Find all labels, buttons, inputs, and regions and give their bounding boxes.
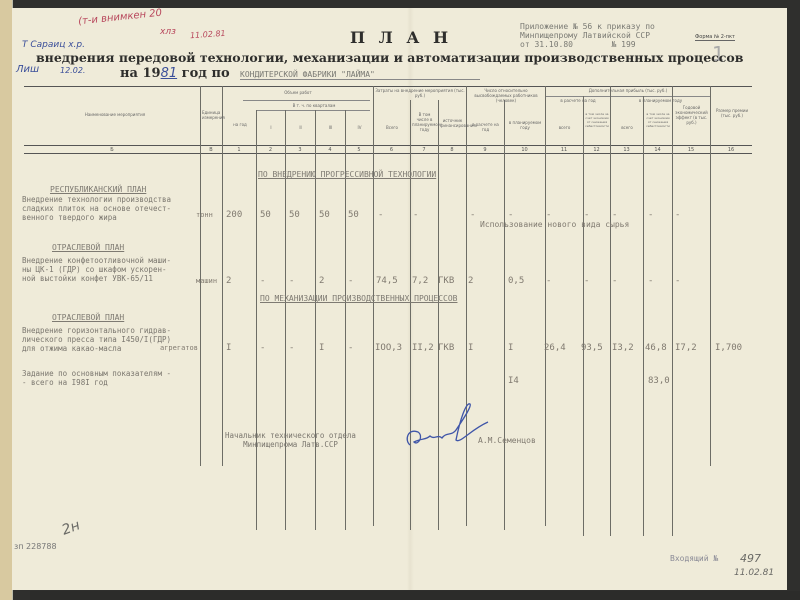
row2-c15: - xyxy=(675,276,680,286)
document-subtitle: внедрения передовой технологии, механиза… xyxy=(36,50,743,65)
col-num-13: 13 xyxy=(610,147,643,153)
header-costs-planned: В том числе в планируемом году xyxy=(412,112,437,132)
col-num-v: В xyxy=(200,147,222,153)
row1-q2: 50 xyxy=(289,210,300,220)
row2-c11: - xyxy=(546,276,551,286)
header-q2: II xyxy=(287,125,314,130)
row2-c6: 74,5 xyxy=(376,276,398,286)
col-line xyxy=(710,86,711,466)
col-num-3: 3 xyxy=(285,147,315,153)
incoming-number: 497 xyxy=(740,552,761,565)
row1-c10: - xyxy=(508,210,513,220)
year-prefix: на 19 xyxy=(120,66,161,81)
row3-c10: I xyxy=(508,343,513,353)
col-num-15: 15 xyxy=(672,147,710,153)
header-unit: Единица измерения xyxy=(202,110,220,120)
header-by-quarters: В т. ч. по кварталам xyxy=(258,103,370,108)
row3-c16: I,700 xyxy=(715,343,742,353)
col-num-4: 4 xyxy=(315,147,345,153)
row2-c8: ГКВ xyxy=(438,276,454,286)
col-num-5: 5 xyxy=(345,147,373,153)
row1-c13: - xyxy=(612,210,617,220)
col-num-14: 14 xyxy=(643,147,672,153)
totals-c10: I4 xyxy=(508,376,519,386)
row3-c13: I3,2 xyxy=(612,343,634,353)
row2-c14: - xyxy=(648,276,653,286)
enterprise-name: КОНДИТЕРСКОЙ ФАБРИКИ "ЛАЙМА" xyxy=(240,70,480,80)
row1-c15: - xyxy=(675,210,680,220)
header-volume: Объем работ xyxy=(224,90,372,95)
signature-icon xyxy=(400,400,490,460)
col-num-b: Б xyxy=(24,147,200,153)
appendix-line-3: от 31.10.80 № 199 xyxy=(520,40,655,49)
row1-unit: тонн xyxy=(196,211,213,219)
header-workers-year: в расчете на год xyxy=(468,122,503,132)
row1-c7: - xyxy=(413,210,418,220)
signature-scribble xyxy=(400,400,490,460)
header-profit-planned: в планируемом году xyxy=(612,98,709,103)
col-line xyxy=(583,96,584,536)
header-profit-total-year: всего xyxy=(547,125,582,130)
col-num-12: 12 xyxy=(583,147,610,153)
plan-sectoral-1: ОТРАСЛЕВОЙ ПЛАН xyxy=(52,243,124,252)
row3-c8: ГКВ xyxy=(438,343,454,353)
row2-q2: - xyxy=(289,276,294,286)
row2-q1: - xyxy=(260,276,265,286)
document-title: П Л А Н xyxy=(350,28,452,47)
row2-c10: 0,5 xyxy=(508,276,524,286)
header-economic-effect: Годовой экономический эффект (в тыс. руб… xyxy=(674,105,709,125)
header-q3: III xyxy=(317,125,344,130)
row3-c9: I xyxy=(468,343,473,353)
row2-name: Внедрение конфетоотливочной маши- ны ЦК-… xyxy=(22,256,171,283)
print-order-number: зп 228788 xyxy=(14,542,57,551)
plan-republican: РЕСПУБЛИКАНСКИЙ ПЛАН xyxy=(50,185,146,194)
row1-name: Внедрение технологии производства сладки… xyxy=(22,195,171,222)
quarters-subdivider xyxy=(256,110,370,111)
header-q4: IV xyxy=(347,125,372,130)
row3-c11: 26,4 xyxy=(544,343,566,353)
row1-q1: 50 xyxy=(260,210,271,220)
col-num-16: 16 xyxy=(710,147,752,153)
header-profit-incl-year: в том числе за счет экономии от снижения… xyxy=(585,112,609,128)
row3-q1: - xyxy=(260,343,265,353)
header-profit-total-planned: всего xyxy=(612,125,642,130)
section-mechanization: ПО МЕХАНИЗАЦИИ ПРОИЗВОДСТВЕННЫХ ПРОЦЕССО… xyxy=(260,294,457,303)
row3-q2: - xyxy=(289,343,294,353)
row2-year: 2 xyxy=(226,276,231,286)
col-num-9: 9 xyxy=(466,147,504,153)
col-num-10: 10 xyxy=(504,147,545,153)
appendix-line-2: Минпищепрому Латвийской ССР xyxy=(520,31,655,40)
header-costs: Затраты на внедрение мероприятия (тыс. р… xyxy=(375,88,465,98)
header-bonus: Размер премии (тыс. руб.) xyxy=(712,108,752,118)
row3-q4: - xyxy=(348,343,353,353)
col-line xyxy=(672,86,673,536)
handwritten-date-left: 12.02. xyxy=(60,66,85,75)
col-num-8: 8 xyxy=(438,147,466,153)
incoming-stamp: Входящий № xyxy=(670,554,718,563)
col-num-2: 2 xyxy=(256,147,285,153)
plan-sectoral-2: ОТРАСЛЕВОЙ ПЛАН xyxy=(52,313,124,322)
row2-q4: - xyxy=(348,276,353,286)
row1-c12: - xyxy=(584,210,589,220)
row1-c6: - xyxy=(378,210,383,220)
row2-c9: 2 xyxy=(468,276,473,286)
totals-label: Задание по основным показателям - - всег… xyxy=(22,369,171,387)
col-line xyxy=(504,100,505,530)
col-num-11: 11 xyxy=(545,147,583,153)
row2-q3: 2 xyxy=(319,276,324,286)
year-handwritten: 81 xyxy=(161,66,178,81)
form-label: Форма № 2-пкт xyxy=(695,34,735,41)
col-line xyxy=(438,100,439,530)
row3-c7: II,2 xyxy=(412,343,434,353)
row2-unit: машин xyxy=(196,277,217,285)
header-name: Наименование мероприятия xyxy=(40,112,190,117)
row3-name: Внедрение горизонтального гидрав- лическ… xyxy=(22,326,171,353)
col-line xyxy=(200,86,201,466)
row1-q3: 50 xyxy=(319,210,330,220)
incoming-date: 11.02.81 xyxy=(734,568,774,578)
appendix-line-1: Приложение № 56 к приказу по xyxy=(520,22,655,31)
handwritten-note-red-2: хлз xyxy=(160,27,176,37)
row3-year: I xyxy=(226,343,231,353)
row3-q3: I xyxy=(319,343,324,353)
table-top-border xyxy=(24,86,752,87)
profit-subdivider xyxy=(545,96,710,97)
row1-note: Использование нового вида сырья xyxy=(480,220,629,229)
header-profit-incl-planned: в том числе за счет экономии от снижения… xyxy=(645,112,671,128)
row3-c15: I7,2 xyxy=(675,343,697,353)
col-num-6: 6 xyxy=(373,147,410,153)
signatory-name: А.М.Семенцов xyxy=(478,436,536,445)
year-line: на 1981 год по xyxy=(120,66,230,81)
header-q1: I xyxy=(258,125,284,130)
row3-c14: 46,8 xyxy=(645,343,667,353)
col-num-7: 7 xyxy=(410,147,438,153)
header-costs-source: источник финансирования xyxy=(440,118,465,128)
row1-year: 200 xyxy=(226,210,242,220)
row1-c9: - xyxy=(470,210,475,220)
row2-c12: - xyxy=(584,276,589,286)
row3-c12: 93,5 xyxy=(581,343,603,353)
row1-q4: 50 xyxy=(348,210,359,220)
appendix-reference: Приложение № 56 к приказу по Минпищепром… xyxy=(520,22,655,49)
row3-c6: IOO,3 xyxy=(375,343,402,353)
header-per-year: на год xyxy=(224,122,256,127)
totals-c14: 83,0 xyxy=(648,376,670,386)
volume-subdivider xyxy=(243,100,370,101)
col-line xyxy=(222,86,223,466)
handwritten-note-left: Т Сараиц х.р. xyxy=(22,40,85,50)
row2-c7: 7,2 xyxy=(412,276,428,286)
header-profit: Дополнительная прибыль (тыс. руб.) xyxy=(547,88,709,93)
row2-c13: - xyxy=(612,276,617,286)
row3-unit: агрегатов xyxy=(160,344,198,352)
header-workers: Число относительно высвобождаемых работн… xyxy=(468,88,544,103)
row1-c11: - xyxy=(546,210,551,220)
col-line xyxy=(610,86,611,536)
col-num-1: 1 xyxy=(222,147,256,153)
handwritten-initials: Лиш xyxy=(16,64,39,75)
row1-c14: - xyxy=(648,210,653,220)
signatory-position: Начальник технического отдела Минпищепро… xyxy=(225,431,356,449)
header-profit-year: в расчете на год xyxy=(547,98,609,103)
section-technology: ПО ВНЕДРЕНИЮ ПРОГРЕССИВНОЙ ТЕХНОЛОГИИ xyxy=(258,170,436,179)
year-label: год по xyxy=(182,66,230,81)
header-workers-planned: в планируемом году xyxy=(506,120,544,130)
col-line xyxy=(643,96,644,536)
col-line xyxy=(410,100,411,530)
header-costs-total: Всего xyxy=(375,125,409,130)
scan-border xyxy=(30,591,800,600)
col-line xyxy=(256,110,257,530)
